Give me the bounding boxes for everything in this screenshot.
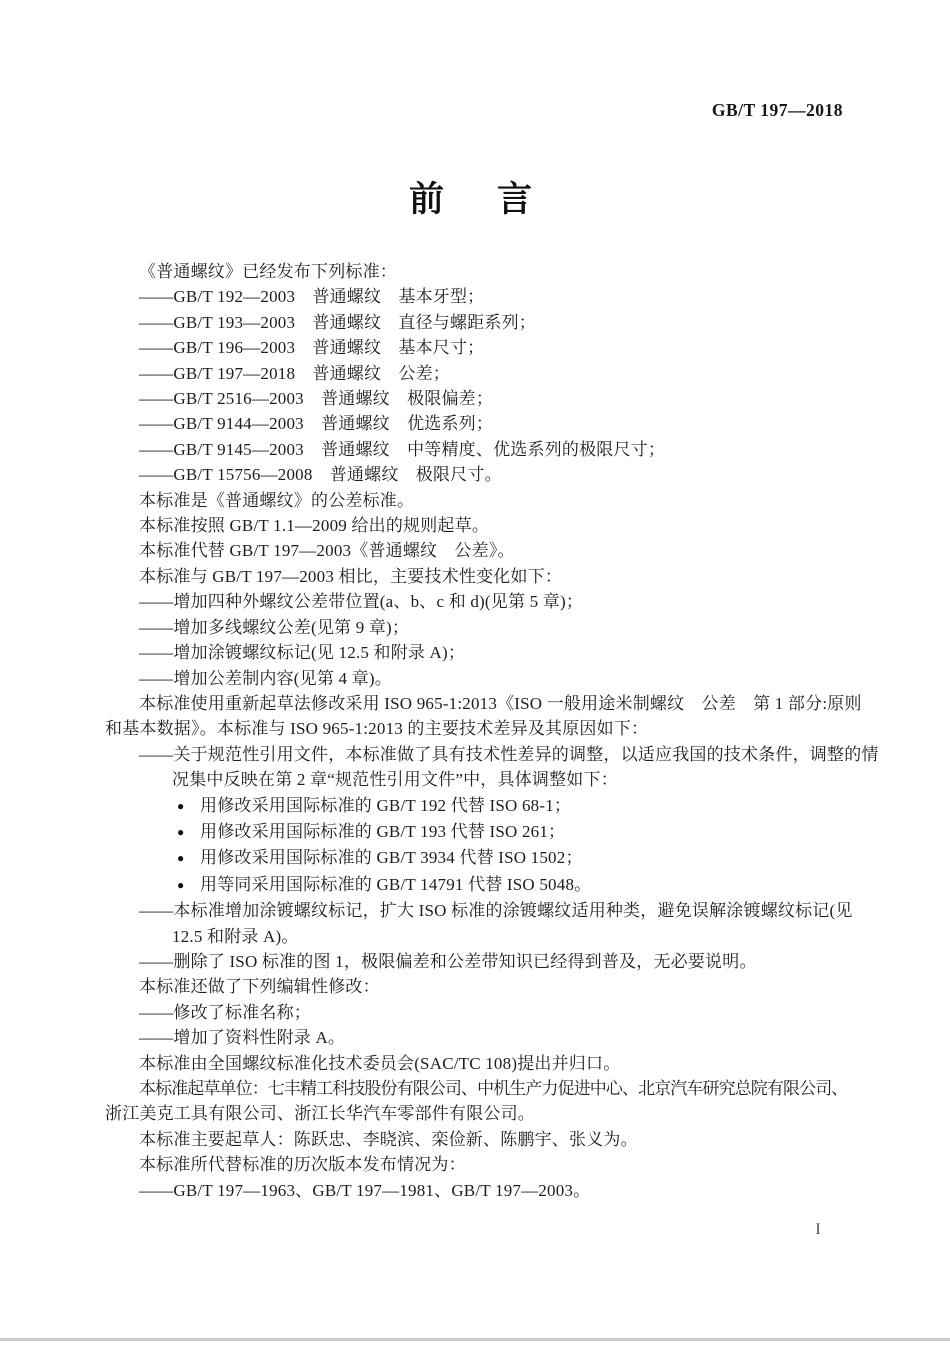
list-dash-item: ——增加涂镀螺纹标记(见 12.5 和附录 A)； bbox=[105, 640, 847, 665]
paragraph-line: 《普通螺纹》已经发布下列标准： bbox=[105, 259, 847, 284]
list-dash-item: ——GB/T 193—2003 普通螺纹 直径与螺距系列； bbox=[105, 310, 847, 335]
bullet-item-text: 用修改采用国际标准的 GB/T 3934 代替 ISO 1502； bbox=[200, 848, 583, 867]
paragraph-line: 本标准按照 GB/T 1.1—2009 给出的规则起草。 bbox=[105, 513, 847, 538]
bullet-icon: ● bbox=[177, 794, 200, 819]
list-dash-item: ——本标准增加涂镀螺纹标记，扩大 ISO 标准的涂镀螺纹适用种类，避免误解涂镀螺… bbox=[105, 898, 847, 923]
list-dash-continuation: 12.5 和附录 A)。 bbox=[105, 924, 847, 949]
bullet-item-text: 用等同采用国际标准的 GB/T 14791 代替 ISO 5048。 bbox=[200, 875, 591, 894]
document-page: GB/T 197—2018 前 言 《普通螺纹》已经发布下列标准： ——GB/T… bbox=[0, 0, 950, 1345]
paragraph-line: 本标准是《普通螺纹》的公差标准。 bbox=[105, 488, 847, 513]
list-dash-item: ——GB/T 197—1963、GB/T 197—1981、GB/T 197—2… bbox=[105, 1178, 847, 1203]
foreword-body: 《普通螺纹》已经发布下列标准： ——GB/T 192—2003 普通螺纹 基本牙… bbox=[105, 259, 847, 1203]
paragraph-continuation: 和基本数据》。本标准与 ISO 965-1:2013 的主要技术差异及其原因如下… bbox=[105, 716, 847, 741]
bullet-list-item: ●用修改采用国际标准的 GB/T 192 代替 ISO 68-1； bbox=[105, 793, 847, 819]
list-dash-item: ——增加了资料性附录 A。 bbox=[105, 1025, 847, 1050]
paragraph-continuation: 浙江美克工具有限公司、浙江长华汽车零部件有限公司。 bbox=[105, 1101, 847, 1126]
page-title: 前 言 bbox=[0, 172, 950, 222]
bullet-item-text: 用修改采用国际标准的 GB/T 192 代替 ISO 68-1； bbox=[200, 796, 571, 815]
list-dash-item: ——关于规范性引用文件，本标准做了具有技术性差异的调整，以适应我国的技术条件，调… bbox=[105, 742, 847, 767]
bullet-list-item: ●用等同采用国际标准的 GB/T 14791 代替 ISO 5048。 bbox=[105, 872, 847, 898]
bullet-icon: ● bbox=[177, 820, 200, 845]
paragraph-line: 本标准主要起草人：陈跃忠、李晓滨、栾俭新、陈鹏宇、张义为。 bbox=[105, 1127, 847, 1152]
bullet-icon: ● bbox=[177, 846, 200, 871]
list-dash-continuation: 况集中反映在第 2 章“规范性引用文件”中，具体调整如下： bbox=[105, 767, 847, 792]
list-dash-item: ——GB/T 197—2018 普通螺纹 公差； bbox=[105, 361, 847, 386]
list-dash-item: ——增加四种外螺纹公差带位置(a、b、c 和 d)(见第 5 章)； bbox=[105, 589, 847, 614]
list-dash-item: ——GB/T 2516—2003 普通螺纹 极限偏差； bbox=[105, 386, 847, 411]
paragraph-line: 本标准起草单位：七丰精工科技股份有限公司、中机生产力促进中心、北京汽车研究总院有… bbox=[105, 1076, 847, 1101]
paragraph-line: 本标准所代替标准的历次版本发布情况为： bbox=[105, 1152, 847, 1177]
list-dash-item: ——GB/T 15756—2008 普通螺纹 极限尺寸。 bbox=[105, 462, 847, 487]
list-dash-item: ——增加公差制内容(见第 4 章)。 bbox=[105, 666, 847, 691]
list-dash-item: ——增加多线螺纹公差(见第 9 章)； bbox=[105, 615, 847, 640]
paragraph-line: 本标准还做了下列编辑性修改： bbox=[105, 974, 847, 999]
page-bottom-edge bbox=[0, 1338, 950, 1341]
bullet-list-item: ●用修改采用国际标准的 GB/T 193 代替 ISO 261； bbox=[105, 819, 847, 845]
list-dash-item: ——GB/T 192—2003 普通螺纹 基本牙型； bbox=[105, 284, 847, 309]
bullet-list-item: ●用修改采用国际标准的 GB/T 3934 代替 ISO 1502； bbox=[105, 845, 847, 871]
list-dash-item: ——GB/T 9144—2003 普通螺纹 优选系列； bbox=[105, 411, 847, 436]
list-dash-item: ——修改了标准名称； bbox=[105, 1000, 847, 1025]
standard-code-header: GB/T 197—2018 bbox=[712, 100, 843, 121]
bullet-icon: ● bbox=[177, 873, 200, 898]
list-dash-item: ——GB/T 9145—2003 普通螺纹 中等精度、优选系列的极限尺寸； bbox=[105, 437, 847, 462]
list-dash-item: ——GB/T 196—2003 普通螺纹 基本尺寸； bbox=[105, 335, 847, 360]
page-number: I bbox=[806, 1221, 830, 1239]
paragraph-line: 本标准由全国螺纹标准化技术委员会(SAC/TC 108)提出并归口。 bbox=[105, 1051, 847, 1076]
list-dash-item: ——删除了 ISO 标准的图 1，极限偏差和公差带知识已经得到普及，无必要说明。 bbox=[105, 949, 847, 974]
paragraph-line: 本标准代替 GB/T 197—2003《普通螺纹 公差》。 bbox=[105, 538, 847, 563]
bullet-item-text: 用修改采用国际标准的 GB/T 193 代替 ISO 261； bbox=[200, 822, 565, 841]
paragraph-line: 本标准与 GB/T 197—2003 相比，主要技术性变化如下： bbox=[105, 564, 847, 589]
paragraph-line: 本标准使用重新起草法修改采用 ISO 965-1:2013《ISO 一般用途米制… bbox=[105, 691, 847, 716]
